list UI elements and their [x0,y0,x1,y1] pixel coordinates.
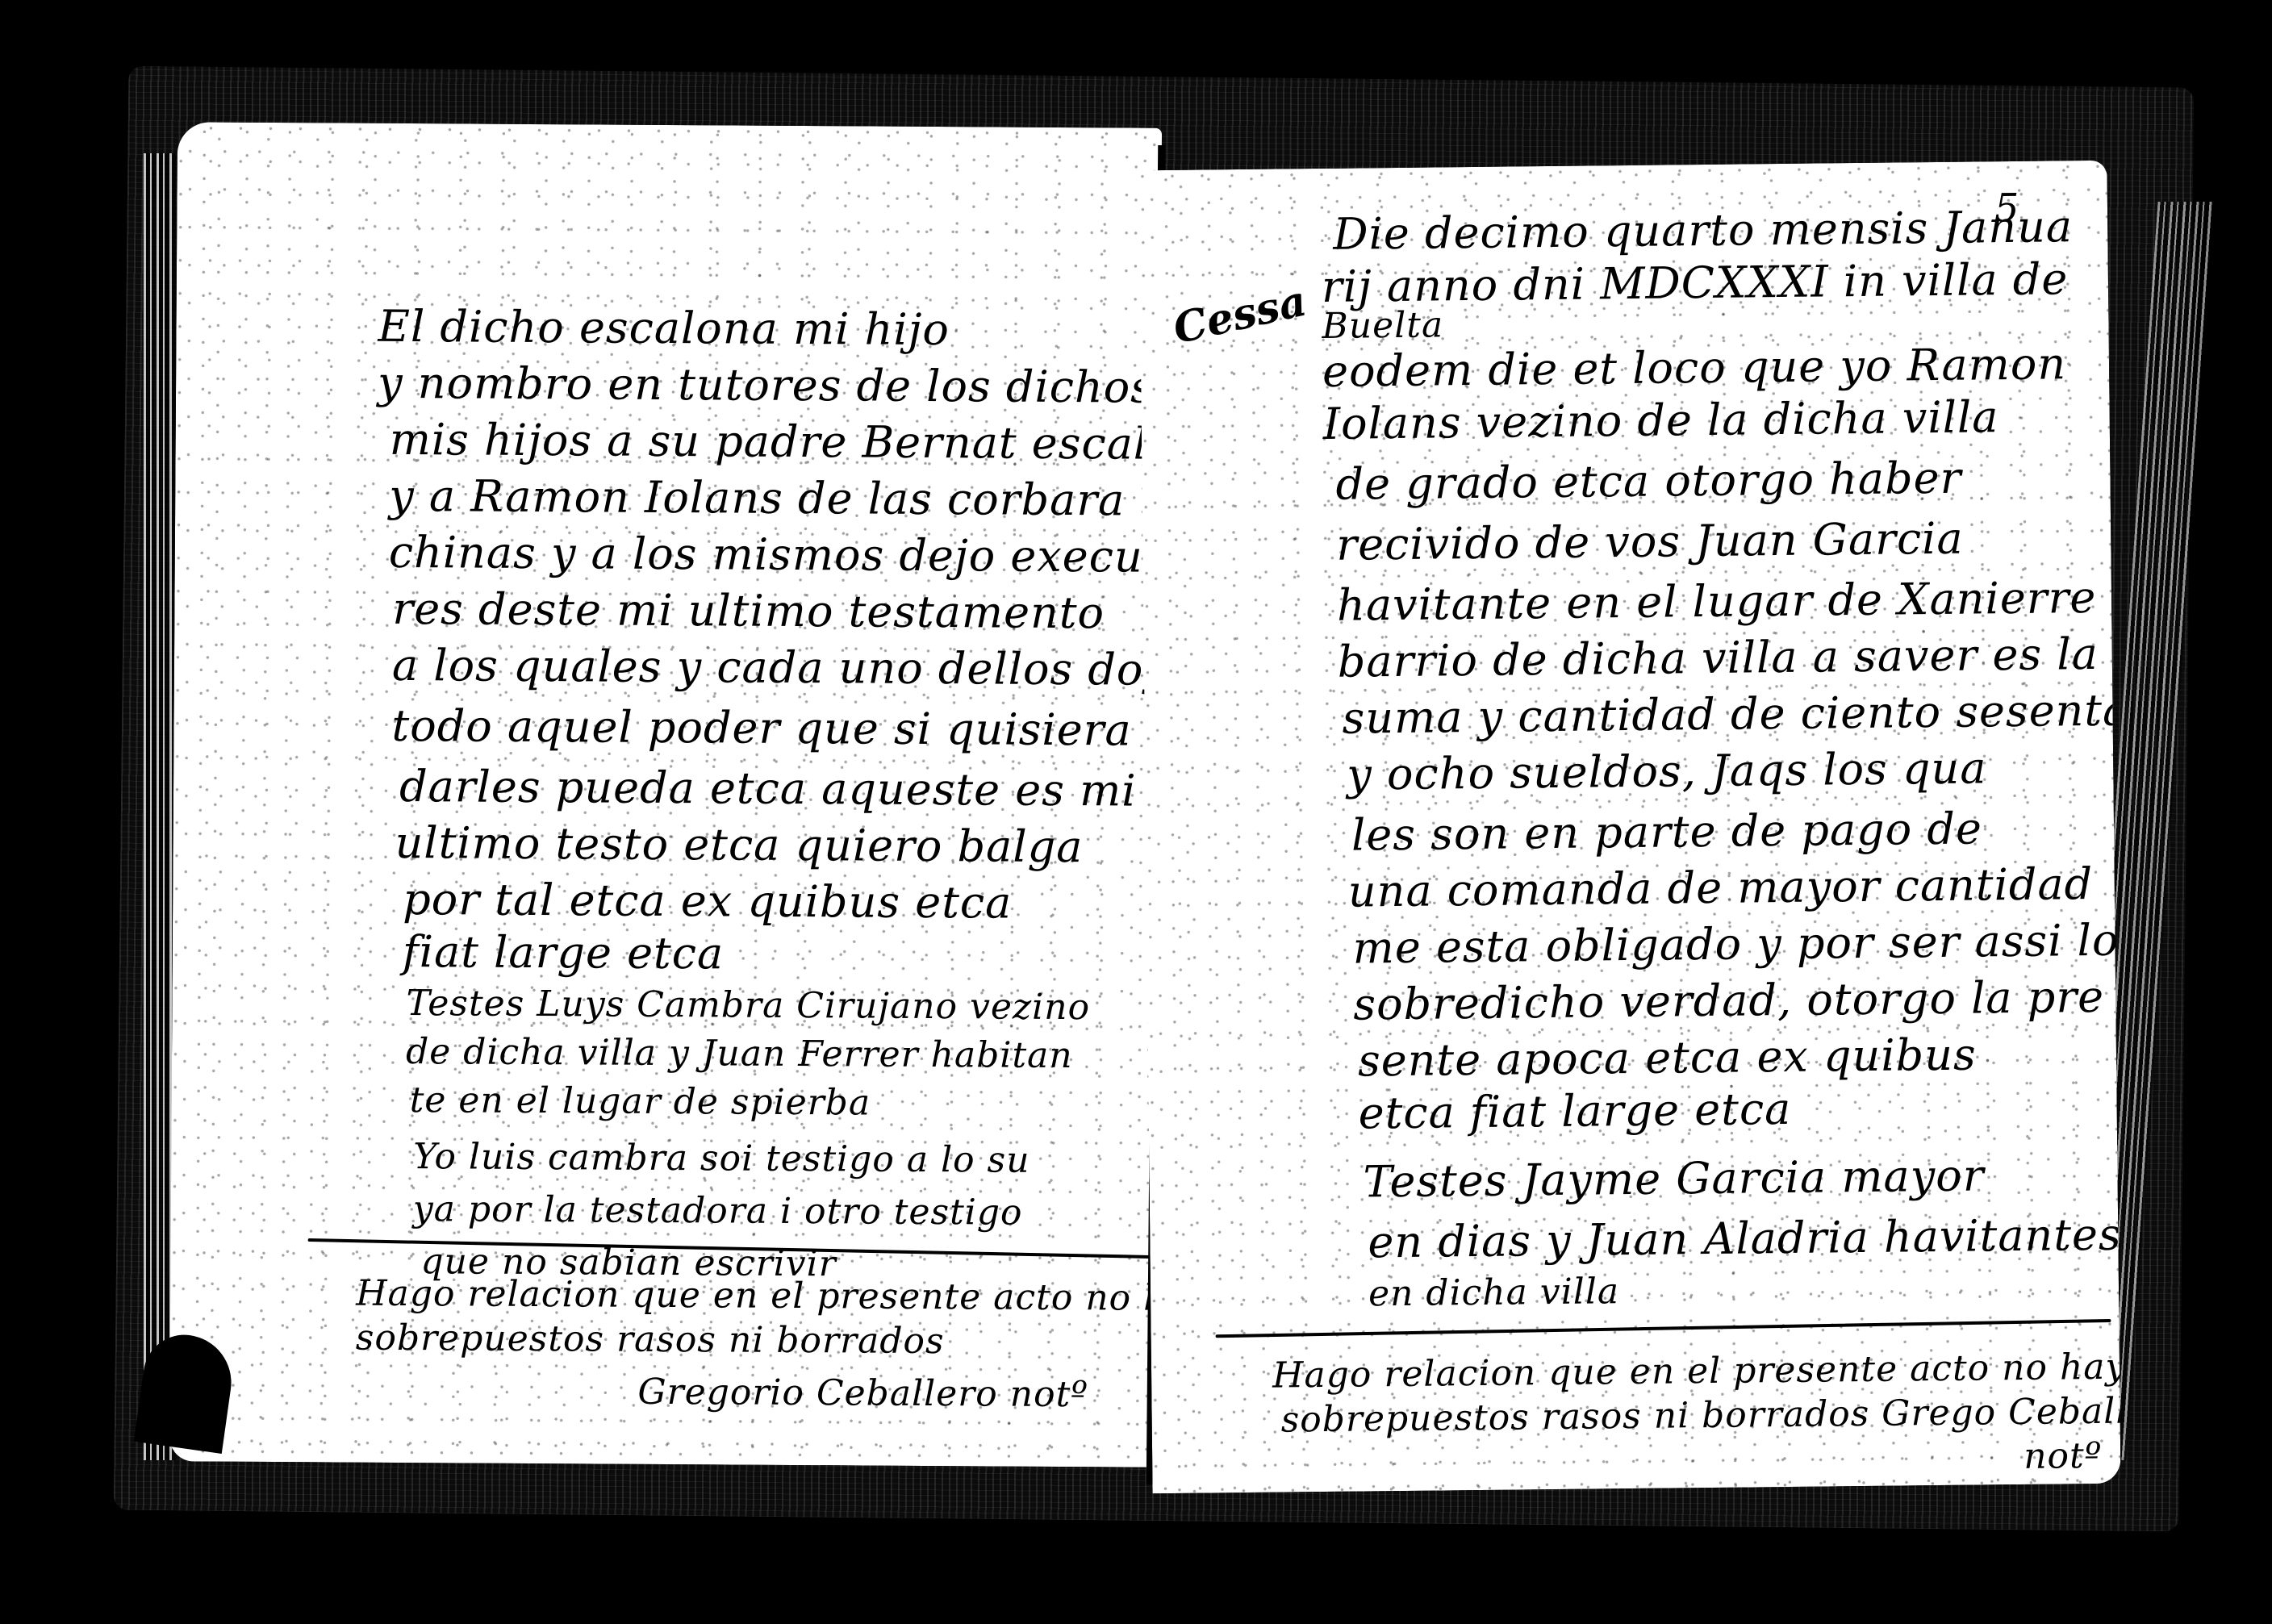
manuscript-line: recivido de vos Juan Garcia [1336,513,1964,570]
footer-line: Hago relacion que en el presente acto no… [356,1273,1162,1319]
manuscript-line: etca fiat large etca [1358,1083,1791,1139]
manuscript-line: y nombro en tutores de los dichos [378,357,1154,413]
manuscript-line: res deste mi ultimo testamento [392,583,1105,638]
manuscript-line: a los quales y cada uno dellos doy [392,640,1162,695]
manuscript-line: les son en parte de pago de [1351,803,1982,860]
footer-line: sobrepuestos rasos ni borrados Grego Ceb… [1280,1390,2120,1441]
manuscript-line: sente apoca etca ex quibus [1358,1029,1977,1087]
manuscript-line: Buelta [1322,304,1443,347]
manuscript-line: todo aquel poder que si quisiera [391,700,1132,756]
manuscript-line: suma y cantidad de ciento sesenta [1342,685,2120,744]
footer-separator-line [1216,1319,2111,1338]
manuscript-line: Yo luis cambra soi testigo a lo su [413,1136,1030,1181]
manuscript-line: en dias y Juan Aladria havitantes [1368,1209,2121,1268]
manuscript-line: por tal etca ex quibus etca [403,874,1013,929]
footer-line: sobrepuestos rasos ni borrados [356,1317,945,1362]
manuscript-line: una comanda de mayor cantidad [1347,858,2093,917]
manuscript-line: rij anno dni MDCXXXI in villa de [1322,253,2069,312]
manuscript-line: barrio de dicha villa a saver es la [1338,628,2099,687]
manuscript-line: chinas y a los mismos dejo executo [389,527,1162,582]
manuscript-line: havitante en el lugar de Xanierre [1337,572,2097,631]
manuscript-line: ultimo testo etca quiero balga [395,817,1083,872]
manuscript-line: sobredicho verdad, otorgo la pre [1353,971,2104,1030]
footer-line: Hago relacion que en el presente acto no… [1272,1346,2121,1396]
manuscript-line: darles pueda etca aqueste es mi [399,761,1137,816]
manuscript-line: Iolans vezino de la dicha villa [1322,391,1998,449]
manuscript-line: de dicha villa y Juan Ferrer habitan [406,1031,1073,1076]
manuscript-line: me esta obligado y por ser assi lo [1352,915,2119,974]
notary-signature: Gregorio Ceballero notº [637,1371,1088,1415]
right-page: 5 Cessa Die decimo quarto mensis Janua r… [1138,161,2120,1493]
manuscript-line: El dicho escalona mi hijo [378,301,950,355]
manuscript-line: y ocho sueldos, Jaqs los qua [1347,742,1987,799]
manuscript-line: Testes Jayme Garcia mayor [1363,1150,1985,1207]
manuscript-line: mis hijos a su padre Bernat escalona [389,414,1162,470]
manuscript-line: fiat large etca [403,926,725,979]
notary-signature-flourish: notº [2023,1435,2103,1477]
marginal-note: Cessa [1169,277,1311,354]
manuscript-line: en dicha villa [1368,1271,1620,1314]
manuscript-line: y a Ramon Iolans de las corbara [389,470,1125,526]
manuscript-line: Testes Luys Cambra Cirujano vezino [406,983,1090,1028]
manuscript-line: Die decimo quarto mensis Janua [1333,201,2073,260]
left-page: El dicho escalona mi hijo y nombro en tu… [169,122,1162,1467]
manuscript-line: ya por la testadora i otro testigo [413,1188,1023,1234]
manuscript-line: de grado etca otorgo haber [1335,453,1961,510]
manuscript-line: te en el lugar de spierba [410,1079,871,1123]
manuscript-line: eodem die et loco que yo Ramon [1322,338,2067,397]
